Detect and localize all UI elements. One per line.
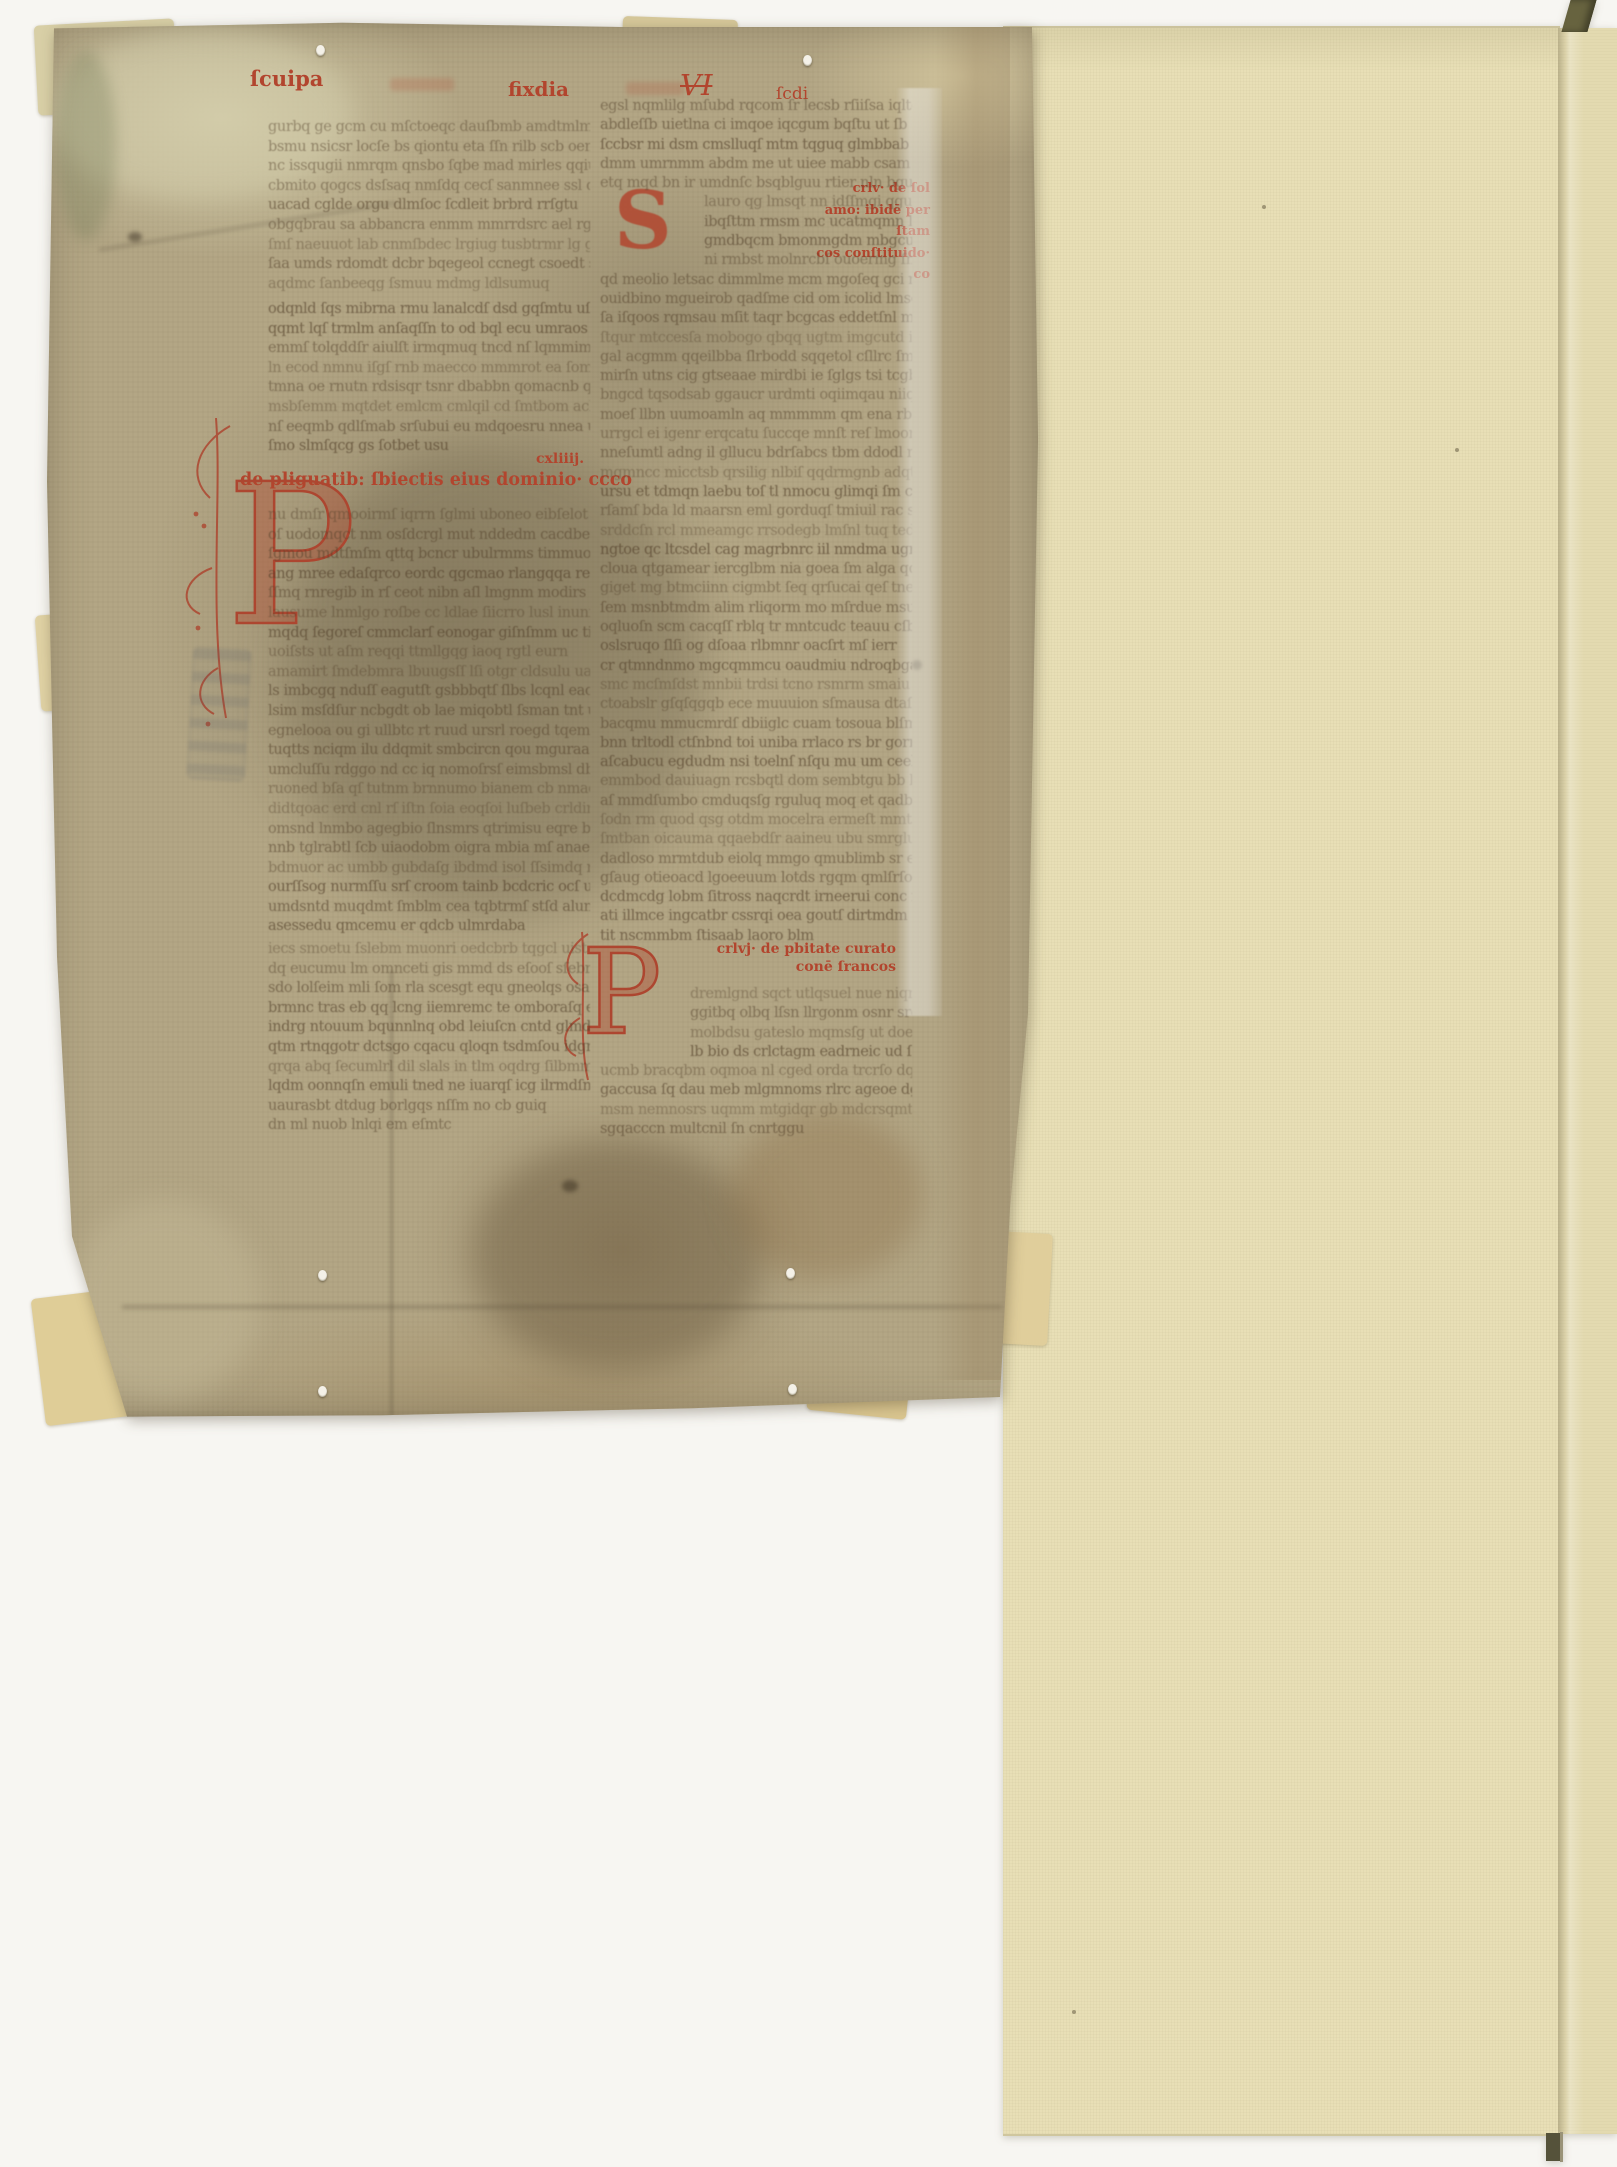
ink-spot [562,1180,578,1192]
stain [52,30,352,200]
manuscript-photo: ſcuipa fixdia VI ſcdi cxliiij. de pligua… [0,0,1617,2167]
stain [56,50,116,240]
stain [472,1140,762,1370]
crease-line [99,202,396,252]
parchment-wrap [0,0,1617,2167]
parchment-fragment [42,20,1042,1418]
crease-line [122,1305,1002,1309]
gauze-repair-strip [896,88,942,1016]
stain [282,440,702,920]
ink-spot [128,232,142,242]
parchment-right-edge-band [934,20,1010,1380]
crease-line [390,970,393,1415]
stain [732,1110,922,1280]
stain [70,1200,260,1400]
